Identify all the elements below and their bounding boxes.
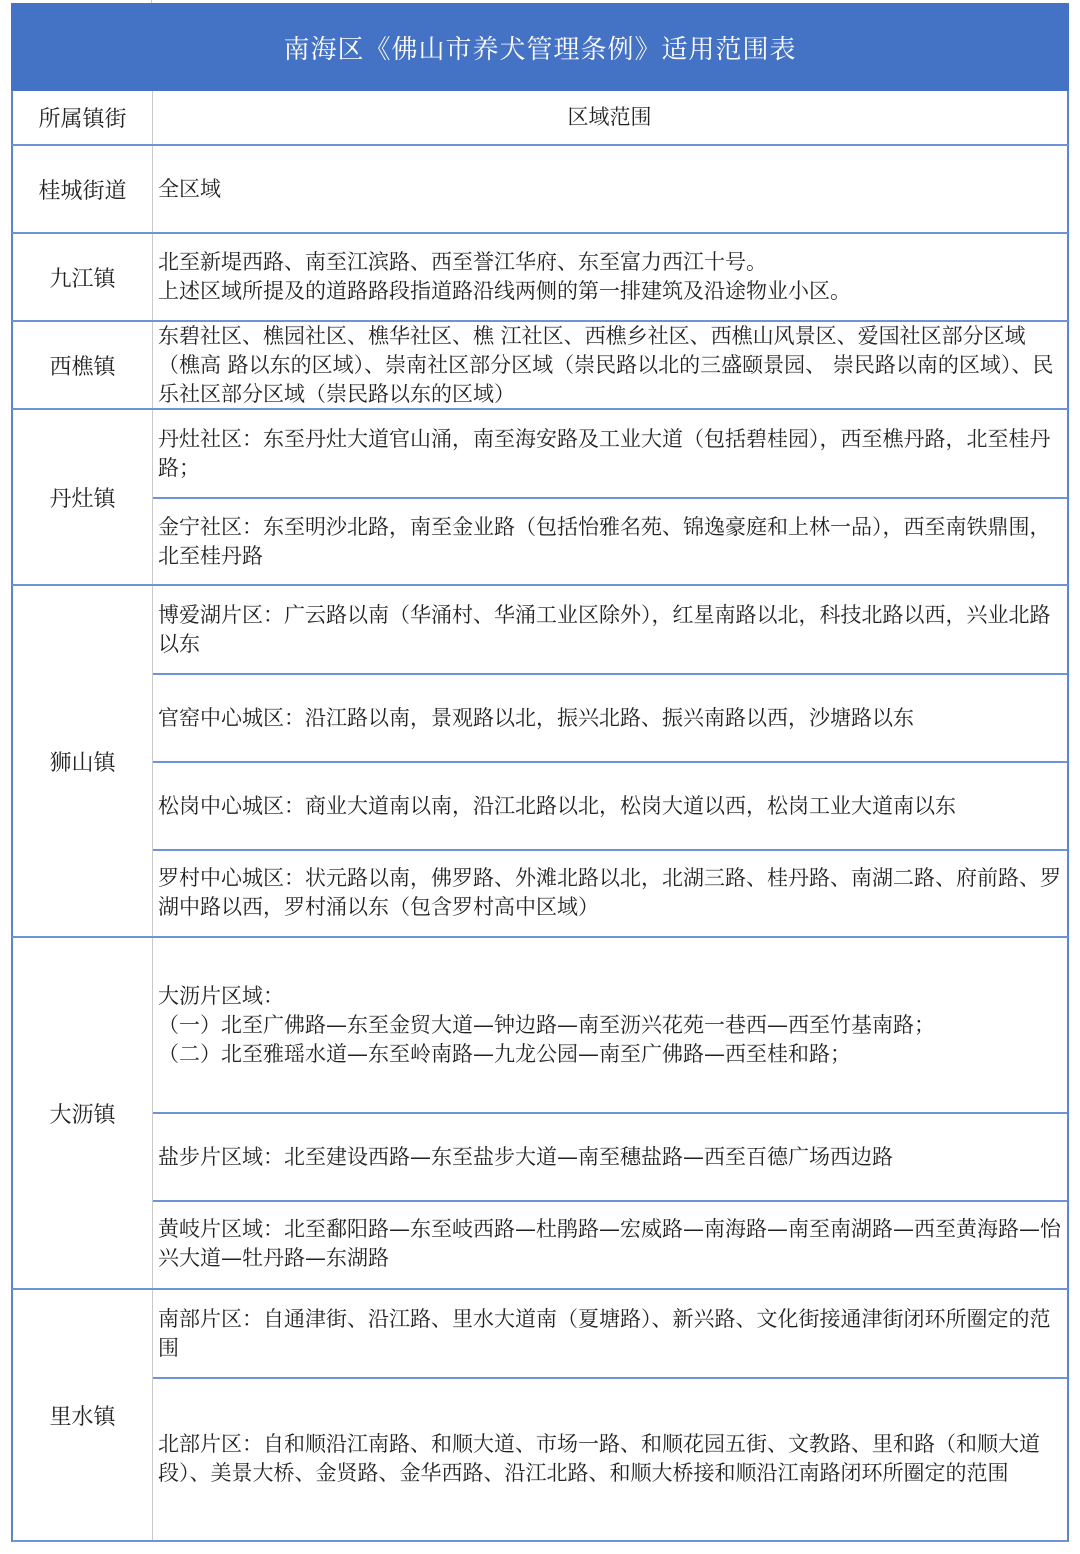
area-cell: 官窑中心城区：沿江路以南，景观路以北，振兴北路、振兴南路以西，沙塘路以东 [158,704,914,733]
area-cell: 盐步片区域：北至建设西路—东至盐步大道—南至穗盐路—西至百德广场西边路 [158,1143,893,1172]
area-cell: 博爱湖片区：广云路以南（华涌村、华涌工业区除外），红星南路以北，科技北路以西，兴… [158,601,1061,659]
table-row-lishui: 里水镇 南部片区：自通津街、沿江路、里水大道南（夏塘路）、新兴路、文化街接通津街… [11,1290,1069,1542]
table-row-xiqiao: 西樵镇 东碧社区、樵园社区、樵华社区、樵 江社区、西樵乡社区、西樵山风景区、爱国… [11,322,1069,410]
table-row-jiujiang: 九江镇 北至新堤西路、南至江滨路、西至誉江华府、东至富力西江十号。 上述区域所提… [11,234,1069,322]
area-cell: 大沥片区域： （一）北至广佛路—东至金贸大道—钟边路—南至沥兴花苑一巷西—西至竹… [158,982,935,1069]
table-row-shishan: 狮山镇 博爱湖片区：广云路以南（华涌村、华涌工业区除外），红星南路以北，科技北路… [11,586,1069,938]
area-cell: 金宁社区：东至明沙北路，南至金业路（包括怡雅名苑、锦逸豪庭和上林一品），西至南铁… [158,513,1061,571]
town-cell: 狮山镇 [13,586,153,936]
area-cell: 南部片区：自通津街、沿江路、里水大道南（夏塘路）、新兴路、文化街接通津街闭环所圈… [158,1305,1061,1363]
table-row-dali: 大沥镇 大沥片区域： （一）北至广佛路—东至金贸大道—钟边路—南至沥兴花苑一巷西… [11,938,1069,1290]
town-cell: 西樵镇 [13,322,153,408]
area-cell: 罗村中心城区：状元路以南，佛罗路、外滩北路以北，北湖三路、桂丹路、南湖二路、府前… [158,864,1061,922]
town-cell: 大沥镇 [13,938,153,1288]
area-cell: 全区域 [158,175,221,204]
town-cell: 桂城街道 [13,146,153,232]
area-cell: 松岗中心城区：商业大道南以南，沿江北路以北，松岗大道以西，松岗工业大道南以东 [158,792,956,821]
table-row-danzao: 丹灶镇 丹灶社区：东至丹灶大道官山涌，南至海安路及工业大道（包括碧桂园），西至樵… [11,410,1069,586]
town-cell: 里水镇 [13,1290,153,1540]
scope-table: 南海区《佛山市养犬管理条例》适用范围表 所属镇街 区域范围 桂城街道 全区域 九… [11,3,1069,1542]
column-header-town: 所属镇街 [13,91,153,144]
area-cell: 丹灶社区：东至丹灶大道官山涌，南至海安路及工业大道（包括碧桂园），西至樵丹路，北… [158,425,1061,483]
area-cell: 黄岐片区域：北至鄱阳路—东至岐西路—杜鹃路—宏威路—南海路—南至南湖路—西至黄海… [158,1215,1061,1273]
column-header-row: 所属镇街 区域范围 [11,91,1069,146]
town-cell: 丹灶镇 [13,410,153,584]
area-cell: 北至新堤西路、南至江滨路、西至誉江华府、东至富力西江十号。 上述区域所提及的道路… [158,248,851,306]
area-cell: 东碧社区、樵园社区、樵华社区、樵 江社区、西樵乡社区、西樵山风景区、爱国社区部分… [158,322,1061,409]
table-row-guicheng: 桂城街道 全区域 [11,146,1069,234]
town-cell: 九江镇 [13,234,153,320]
table-title: 南海区《佛山市养犬管理条例》适用范围表 [11,3,1069,91]
area-cell: 北部片区：自和顺沿江南路、和顺大道、市场一路、和顺花园五街、文教路、里和路（和顺… [158,1430,1061,1488]
column-header-area: 区域范围 [153,91,1067,144]
